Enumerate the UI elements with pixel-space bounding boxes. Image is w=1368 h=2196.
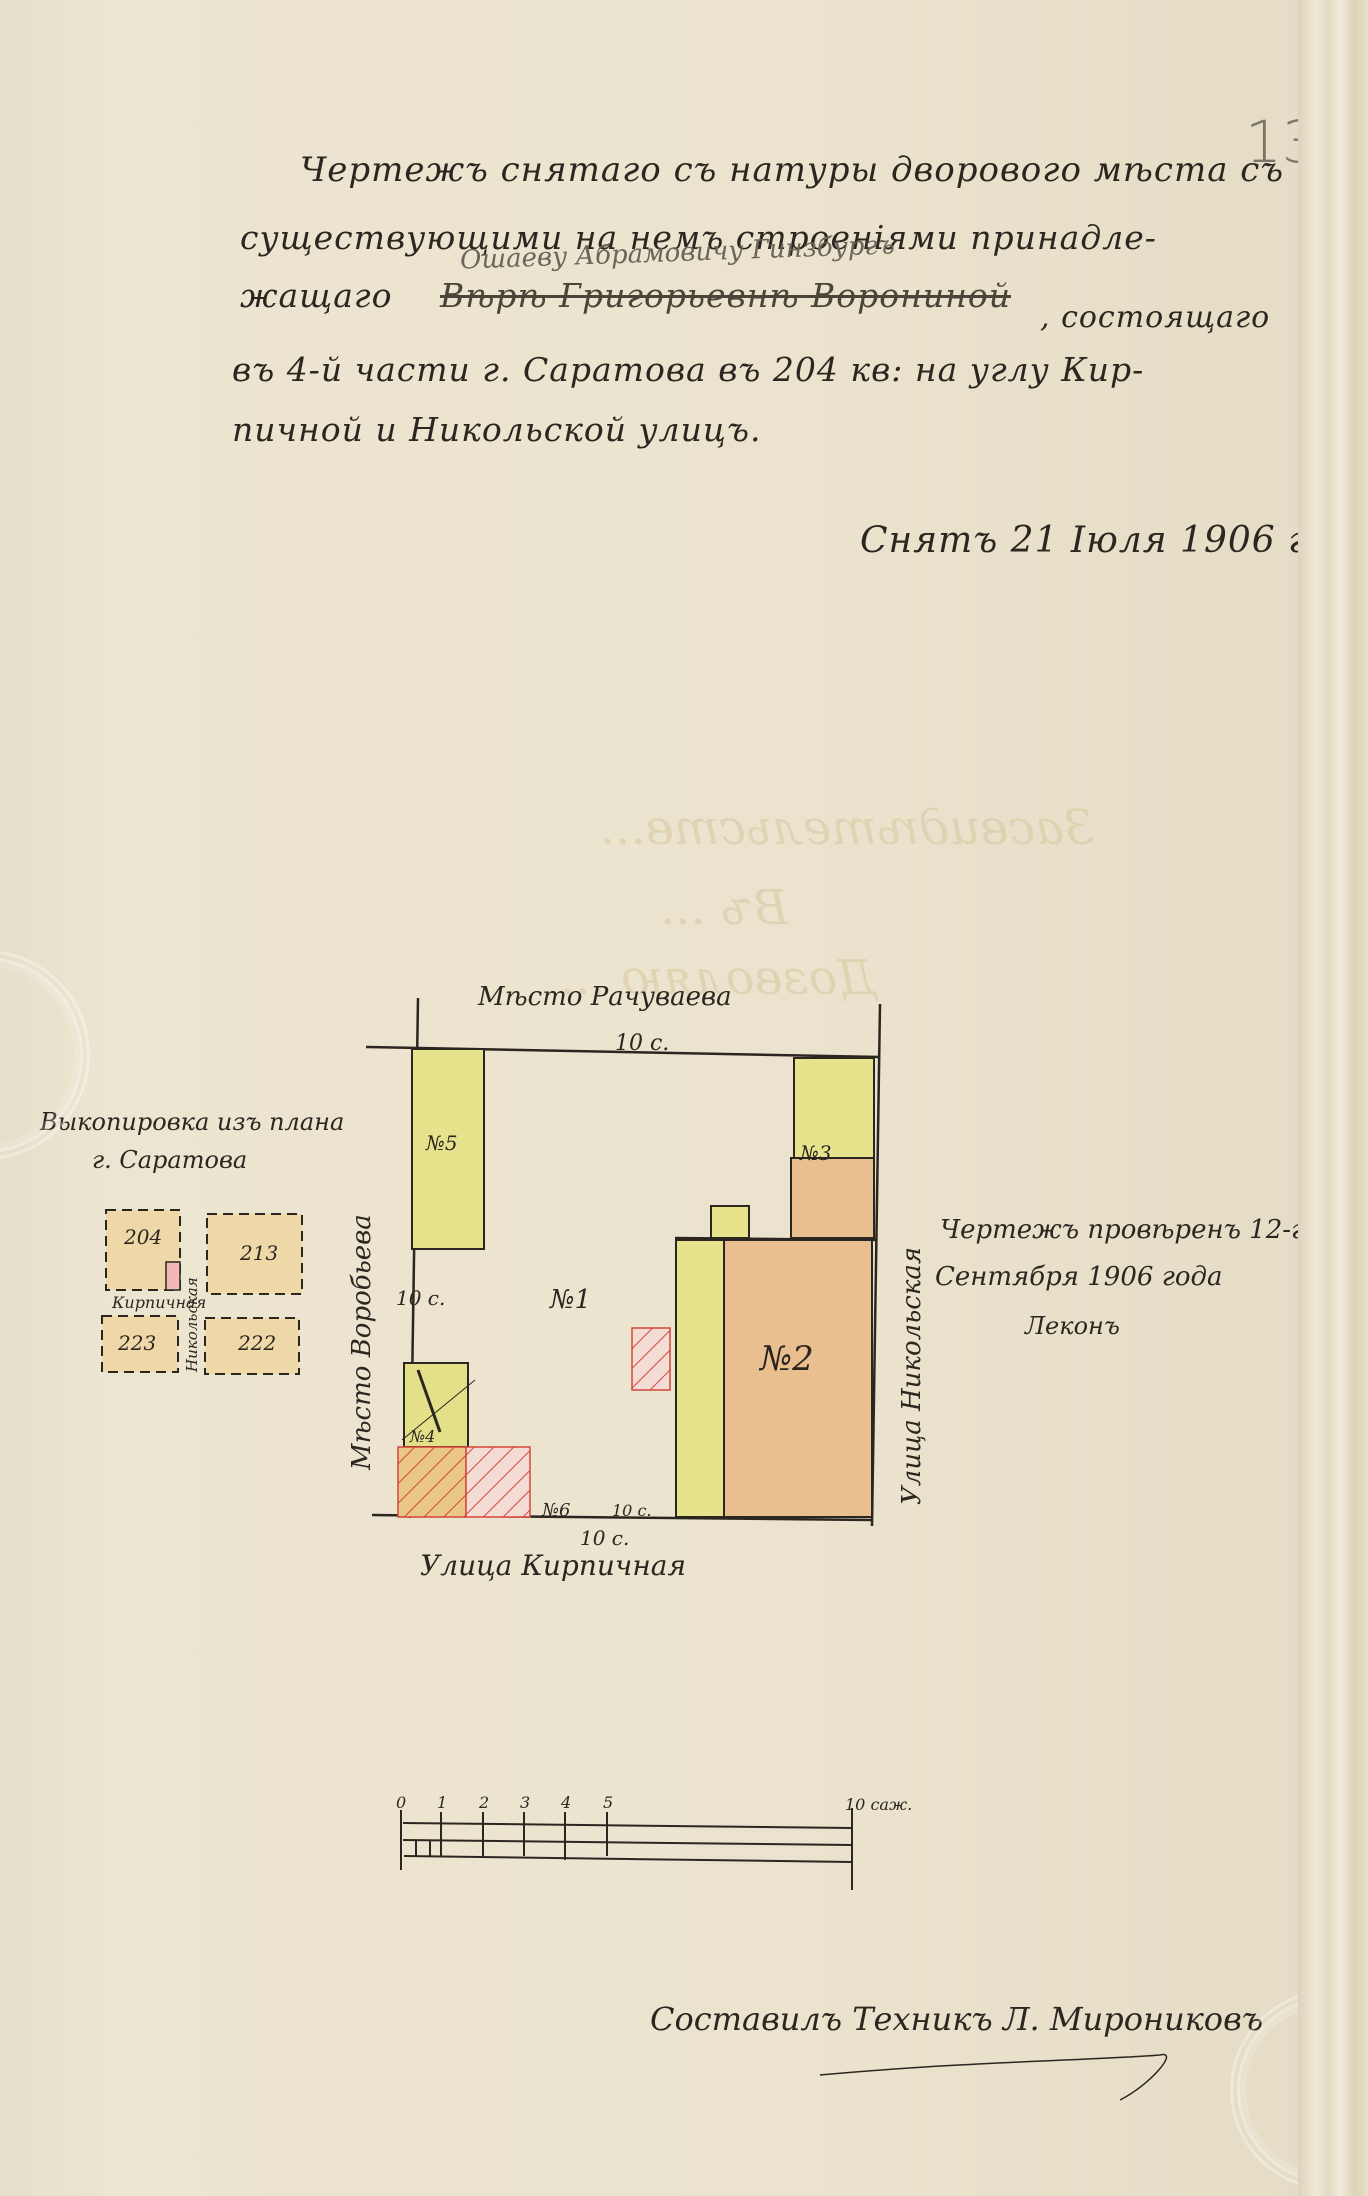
inset-block-223: 223 (117, 1331, 156, 1355)
small-outbuilding (711, 1206, 749, 1238)
scale-tick-4: 4 (560, 1793, 571, 1812)
scale-tick-3: 3 (520, 1793, 530, 1812)
building-2-label: №2 (758, 1339, 814, 1379)
inset-street-vertical: Никольская (183, 1277, 201, 1373)
building-6-label: №6 (541, 1500, 571, 1521)
building-4-label: №4 (409, 1427, 435, 1446)
scale-tick-0: 0 (396, 1793, 406, 1812)
scale-tick-5: 5 (603, 1793, 613, 1812)
document-page: 13 Чертежъ снятаго съ натуры дворового м… (0, 0, 1330, 2196)
property-plan: Мѣсто Рачуваева 10 с. №5 №3 №2 №1 №4 (0, 0, 1330, 2196)
approval-line-1: Чертежъ провѣренъ 12-го (940, 1215, 1320, 1245)
dimension-bottom-inner: 10 с. (612, 1501, 652, 1520)
south-street-label: Улица Кирпичная (420, 1549, 686, 1582)
inset-block-222: 222 (237, 1331, 276, 1355)
scale-tick-1: 1 (437, 1793, 447, 1812)
yellow-strip-building (676, 1240, 724, 1517)
scale-end-label: 10 саж. (845, 1795, 912, 1814)
approval-signature: Леконъ (1025, 1312, 1120, 1340)
inset-title-2: г. Саратова (92, 1146, 247, 1174)
inset-title-1: Выкопировка изъ плана (39, 1108, 344, 1136)
north-neighbor-label: Мѣсто Рачуваева (477, 982, 732, 1012)
inset-block-213: 213 (239, 1241, 278, 1265)
building-3-label: №3 (799, 1141, 832, 1165)
scale-tick-2: 2 (478, 1793, 489, 1812)
inset-block-204: 204 (123, 1225, 162, 1249)
approval-line-2: Сентября 1906 года (935, 1262, 1222, 1292)
building-5-label: №5 (425, 1131, 458, 1155)
building-1-label: №1 (549, 1285, 591, 1315)
building-3 (791, 1158, 874, 1238)
dimension-left: 10 с. (396, 1286, 445, 1310)
west-neighbor-label: Мѣсто Воробьева (347, 1214, 377, 1471)
dimension-bottom: 10 с. (580, 1526, 629, 1550)
compiler-signature: Составилъ Техникъ Л. Мирониковъ (650, 2000, 1263, 2038)
east-street-label: Улица Никольская (897, 1247, 927, 1505)
page-edge (1298, 0, 1368, 2196)
scale-bar (401, 1808, 852, 1890)
